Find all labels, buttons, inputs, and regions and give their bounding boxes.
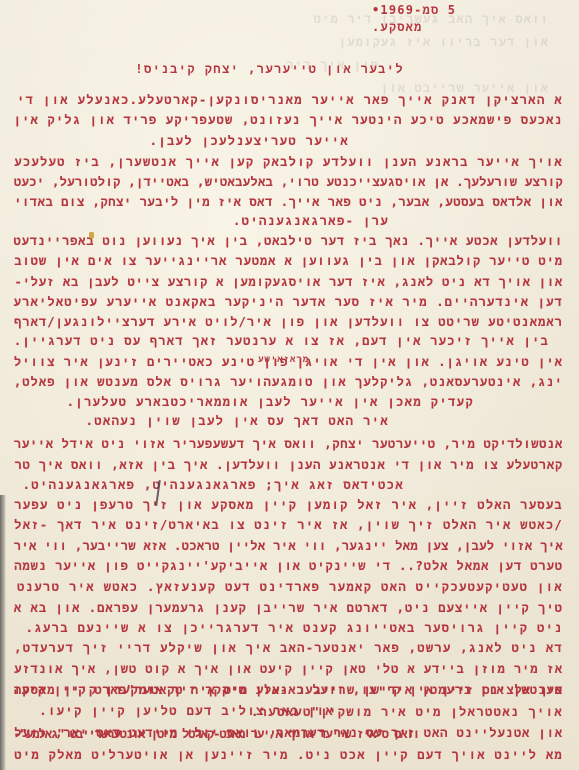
- letter-line: טערט דען אמאל אלט?.. די שיינקיט און אייב…: [14, 559, 563, 574]
- letter-line: ערן -פארגאנגענהיט.: [233, 214, 389, 229]
- letter-line: אכטידאס זאג איך; פארגאנגענהיט, פארגאנגענ…: [23, 478, 404, 493]
- letter-line: מא ליינט אויך דעם קיין אכט ניט. מיר זיינ…: [14, 748, 563, 763]
- letter-line: אנטשולדיקט מיר, טייערטער יצחק, וואס איך …: [14, 437, 563, 452]
- letter-line: וואס ס'איז שייעד אויך אייער מאכט-קארטל מ…: [14, 727, 419, 742]
- letter-line: אויך אייער בראנע הענן וועלדע קולבאק קען …: [14, 155, 563, 170]
- letter-date: ‭•1969-מס 5: [372, 3, 456, 18]
- bleed-line: און דער בריוו איז געקומען: [0, 31, 579, 54]
- letter-line: קעדיק מאכן אין אייער לעבן אוממאריכטבארע …: [67, 395, 474, 410]
- letter-line: ניט קיין גרויסער באטייונג קענט איר דערגר…: [26, 621, 563, 636]
- letter-line: טיך קיין אייצעם ניט, דארטם איר שרייבן קע…: [14, 601, 563, 616]
- letter-line: בעסער האלט זיין, איר זאל קומען קיין מאסק…: [14, 498, 563, 513]
- letter-line: איר האט דאך עס אין לעבן שוין נעהאט.: [86, 414, 389, 429]
- ink-stain: [89, 232, 94, 239]
- letter-line: קורצע שורעלעך. אן אויסגעצייכנטע טרוי, בא…: [14, 175, 563, 190]
- letter-line: און טעטיקעטעכקייט האט קאמער פארדינט דעט …: [17, 580, 563, 595]
- letter-line: מיט טייער קולבאקן און בין געווען א אמטער…: [14, 254, 563, 269]
- letter-line: און אלדאס בעסטע, אבער, ניט פאר אייך. דאס…: [14, 195, 563, 210]
- letter-line: בין אייך זיכער אין דעם, אז צו א ערנטער ז…: [14, 334, 549, 349]
- letter-line: ראמאנטיטע שריטט צו וועלדען און פון איר/ל…: [14, 315, 563, 330]
- letter-line: קארטעלע צו מיר און די אנטראנע הענן וועלד…: [15, 458, 564, 473]
- letter-line: א הארציקן דאנק אייך פאר אייער מאנריסונקע…: [17, 93, 563, 108]
- interlinear-addition: מראזאישע: [258, 355, 309, 365]
- letter-page: וואס איך האב געשריבן דיר מיט און דער ברי…: [0, 0, 579, 770]
- letter-line: דא ניט לאנג, ערשט, פאר יאנטער-האב איך או…: [14, 641, 563, 656]
- letter-place: מאסקע.: [372, 20, 422, 35]
- letter-line: דען אינדערהיים. מיר איז סער אדער היניקער…: [14, 295, 563, 310]
- letter-line: און אויך דא ניט לאנג, איז דער אויסגעקומע…: [15, 275, 564, 290]
- letter-greeting: ליבער און טייערער, יצחק קיבניס!: [135, 62, 404, 77]
- letter-line: ינג, אינטערעסאנט, גליקלעך און טומגעהויער…: [14, 375, 563, 390]
- bleed-through-text: וואס איך האב געשריבן דיר מיט און דער ברי…: [0, 0, 579, 100]
- letter-line: אז מיר מוזן ביידע א טלי טאן קיין קיעט או…: [14, 662, 563, 677]
- letter-line: /כאטש איר האלט זיך שוין, אז איר זינט צו …: [14, 518, 563, 533]
- letter-line: אייער טעריצענלעכן לעבן.: [150, 134, 349, 149]
- scan-edge-shadow: [0, 495, 6, 770]
- letter-line: איך אלצינס זיין אין קייעו, וועל כאנעלע מ…: [14, 683, 563, 698]
- letter-line: אויך נאטטראלן מיט איר מושקין"טעאטער.: [251, 705, 563, 720]
- letter-line: איך אזוי לעבן, צען מאל יינגער, ווי איר א…: [14, 539, 563, 554]
- letter-line: נאכעס פישמאכע טיכע הינטער אייך נעזונט, ש…: [14, 113, 563, 128]
- letter-line: וועלדען אכטע אייך. נאך ביז דער טילבאט, ב…: [14, 234, 563, 249]
- bleed-line: וואס איך האב געשריבן דיר מיט: [0, 0, 579, 31]
